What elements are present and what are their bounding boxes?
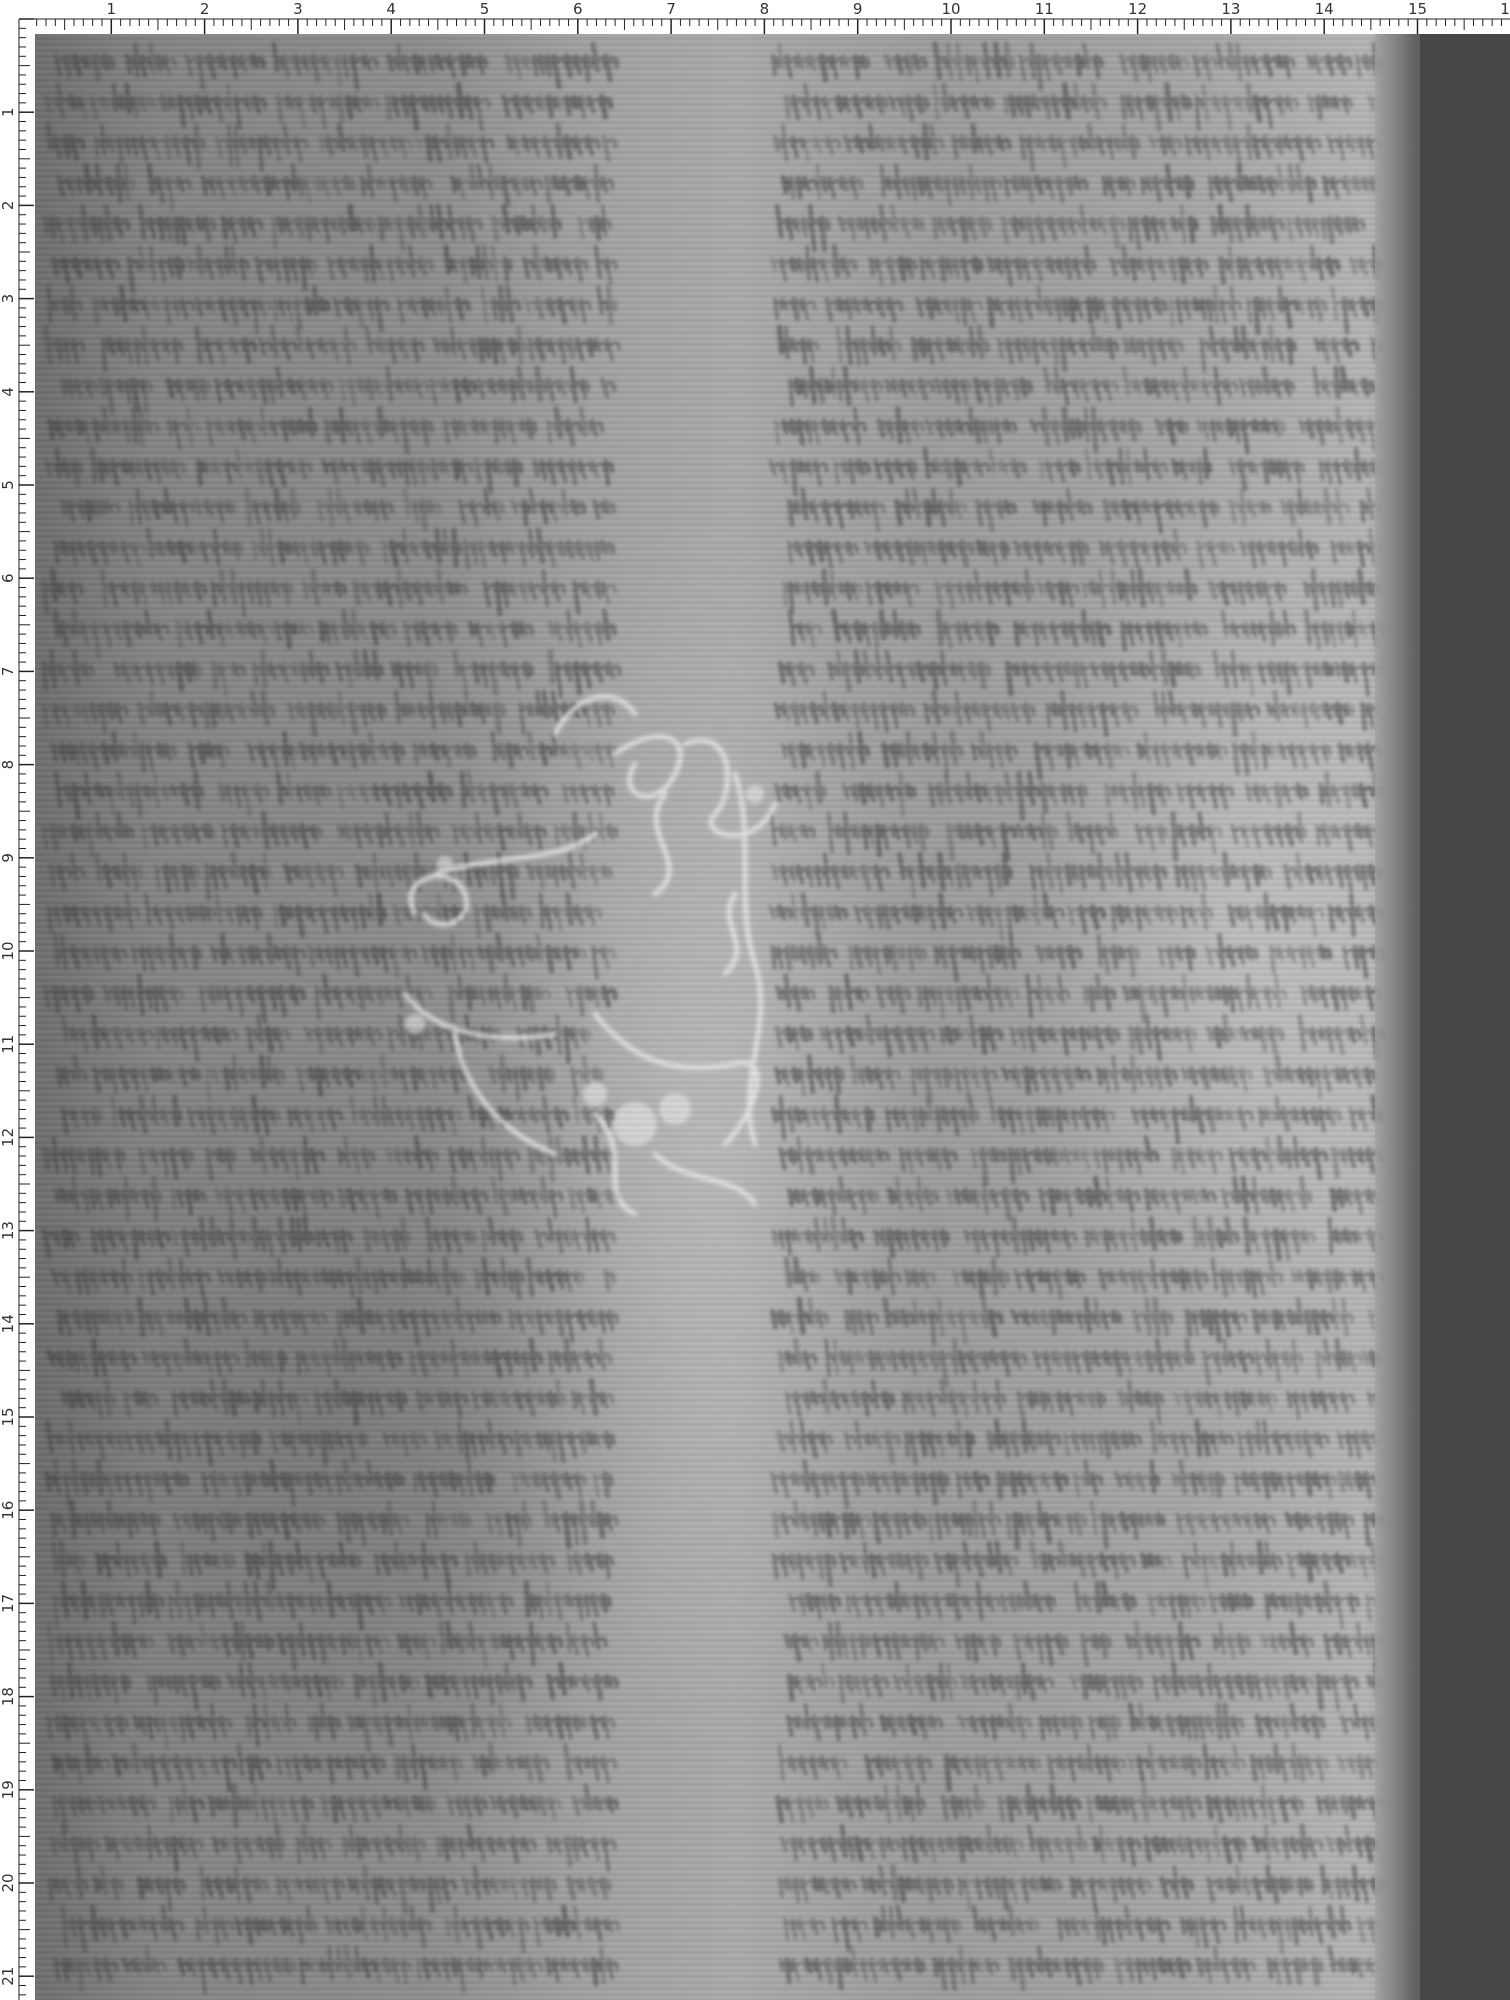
ruler-left: 123456789101112131415161718192021 (0, 0, 34, 2000)
ruler-top-label: 2 (200, 0, 210, 18)
ruler-left-label: 10 (0, 941, 17, 960)
ruler-left-label: 9 (0, 853, 17, 863)
ruler-top-label: 11 (1035, 0, 1054, 18)
ruler-left-label: 4 (0, 387, 17, 397)
ruler-left-label: 18 (0, 1687, 17, 1706)
ruler-left-label: 6 (0, 573, 17, 583)
ruler-left-label: 1 (0, 107, 17, 117)
ruler-left-label: 17 (0, 1594, 17, 1613)
scan-lines (35, 34, 1405, 2000)
ruler-top-scale: 01234567891011121314151 (0, 0, 1510, 34)
ruler-left-label: 5 (0, 480, 17, 490)
ruler-top-label: 10 (941, 0, 960, 18)
ruler-left-label: 16 (0, 1501, 17, 1520)
ruler-top-label: 1 (107, 0, 117, 18)
ruler-left-scale: 123456789101112131415161718192021 (0, 0, 34, 2000)
ruler-top-label: 5 (480, 0, 490, 18)
ruler-top-label: 15 (1408, 0, 1427, 18)
dark-margin (1420, 34, 1510, 2000)
ruler-left-label: 11 (0, 1035, 17, 1054)
ruler-top-label: 8 (760, 0, 770, 18)
ruler-left-label: 14 (0, 1314, 17, 1333)
ruler-left-label: 13 (0, 1221, 17, 1240)
ruler-top-label: 1 (1500, 0, 1510, 18)
ruler-top: 01234567891011121314151 (0, 0, 1510, 34)
ruler-left-label: 7 (0, 667, 17, 677)
ruler-left-label: 15 (0, 1407, 17, 1426)
ruler-left-label: 8 (0, 760, 17, 770)
ruler-left-label: 21 (0, 1967, 17, 1986)
ruler-top-label: 3 (293, 0, 303, 18)
ruler-top-label: 12 (1128, 0, 1147, 18)
ruler-left-label: 2 (0, 201, 17, 211)
ruler-top-label: 4 (386, 0, 396, 18)
ruler-left-label: 19 (0, 1780, 17, 1799)
ruler-top-label: 7 (666, 0, 676, 18)
ruler-top-label: 13 (1221, 0, 1240, 18)
ruler-left-label: 3 (0, 294, 17, 304)
ruler-left-label: 20 (0, 1873, 17, 1892)
ruler-top-label: 9 (853, 0, 863, 18)
manuscript-scan (35, 34, 1510, 2000)
ruler-left-label: 12 (0, 1128, 17, 1147)
ruler-top-label: 6 (573, 0, 583, 18)
ruler-top-label: 14 (1315, 0, 1334, 18)
